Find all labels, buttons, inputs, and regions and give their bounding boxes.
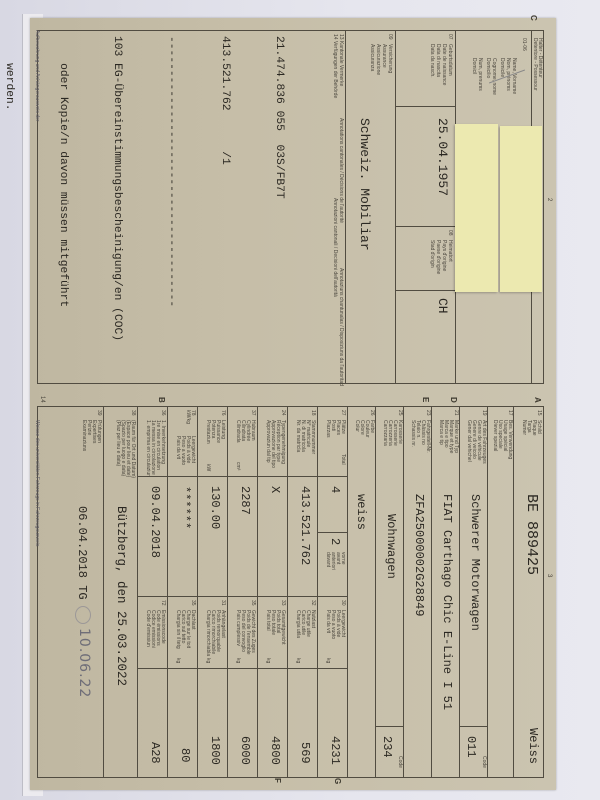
- sticky-note-2[interactable]: [455, 124, 498, 292]
- seats-front: 2: [328, 538, 342, 545]
- matriculation-value: 413.521.762: [298, 486, 312, 565]
- divider: [137, 406, 138, 777]
- holder-label-num: Num, prenums: [477, 58, 483, 91]
- left-page: C Halter - Détenteur Detentore - Possess…: [30, 18, 556, 393]
- empty-weight-code: 30: [340, 600, 346, 606]
- seats-total-label: Total: [340, 454, 346, 465]
- section-letter-f: F: [273, 778, 282, 783]
- divider: [459, 406, 460, 777]
- divider: [396, 226, 456, 227]
- body-code-value: 234: [380, 736, 394, 758]
- right-page: 3 A 15 Schild Plaque Targa Numer BE 8894…: [30, 406, 556, 790]
- inspection-value: 06.04.2018 TG: [75, 506, 89, 600]
- holder-label-domicile: Domicile: [499, 58, 505, 77]
- divider: [396, 290, 456, 291]
- payload-unit: kg: [295, 658, 301, 663]
- vehicle-type-code-label: Code: [481, 756, 487, 768]
- annotation-separator: ----------------------------------------: [162, 36, 180, 341]
- first-registration-code: 36: [160, 410, 166, 416]
- origin-code: 08: [447, 230, 453, 236]
- body-code: 25: [397, 410, 403, 416]
- annotation-line: 103 EG-Übereinstimmungsbescheinigung/en …: [108, 36, 126, 341]
- first-registration-date: 09.04.2018: [148, 486, 162, 558]
- insurance-label: Versicherung: [387, 44, 393, 73]
- make-model-label-rm: Marca e tip: [438, 420, 444, 445]
- make-model-code: 21: [453, 410, 459, 416]
- divider: [376, 726, 404, 727]
- divider: [167, 406, 168, 777]
- total-weight-label-rm: Pais total: [265, 610, 271, 631]
- train-weight-value: 6000: [238, 736, 252, 765]
- payload-label-rm: Chargia utila: [295, 610, 301, 638]
- handwritten-date: 10.06.22: [76, 628, 92, 698]
- emission-code-label-code: 72: [160, 600, 166, 606]
- origin-label: Heimatort: [447, 240, 453, 262]
- divider: [395, 30, 396, 383]
- page-mark-left: 2: [546, 198, 552, 201]
- section-letter-b: B: [157, 397, 166, 403]
- chassis-number: ZFA25000002G28849: [412, 494, 426, 616]
- special-use-label-rm: Diever spezial: [492, 420, 498, 451]
- power-code: 76: [220, 410, 226, 416]
- displacement-unit: cm³: [235, 462, 241, 470]
- plate-color: Weiss: [526, 728, 540, 764]
- towing-load-unit: kg: [205, 658, 211, 663]
- holder-label-name: Name, Vorname: [511, 58, 517, 94]
- vehicle-registration-document: C Halter - Détenteur Detentore - Possess…: [30, 18, 556, 790]
- roof-load-unit: kg: [175, 658, 181, 663]
- insurance-label-it: Assicurazione: [375, 44, 381, 75]
- holder-header-2: Detentore - Possessour: [532, 38, 538, 91]
- power-weight-label-rm: Pais da vit: [175, 436, 181, 459]
- roof-load-label-rm: Chargia sin il tetg: [175, 610, 181, 649]
- divider: [513, 406, 514, 777]
- power-label-rm: Prestaziun: [205, 420, 211, 444]
- train-weight-code: 35: [250, 600, 256, 606]
- page-mark-right: 3: [546, 574, 552, 577]
- divider: [396, 106, 456, 107]
- divider: [257, 406, 258, 777]
- train-weight-unit: kg: [235, 658, 241, 663]
- holder-label-cognome: Cognome, nome: [491, 58, 497, 95]
- empty-weight-value: 4231: [328, 736, 342, 765]
- birth-label-it: Data di nascita: [435, 44, 441, 77]
- annotations-list: 21.474.836 055 03S/FB7T 413.521.762 /1 -…: [0, 36, 324, 341]
- empty-weight-unit: kg: [325, 658, 331, 663]
- total-weight-value: 4800: [268, 736, 282, 765]
- plate-number: BE 889425: [523, 494, 540, 575]
- seats-code: 27: [340, 410, 346, 416]
- train-weight-label-rm: Pais cumplessiv: [235, 610, 241, 646]
- chassis-code: 23: [425, 410, 431, 416]
- margin-text-right-page: Weisse des universitäten Fahrzeugs in Fa…: [34, 420, 40, 546]
- make-model-value: FIAT Carthago Chic E-Line I 51: [440, 494, 454, 710]
- color-label-rm: Colur: [354, 420, 360, 432]
- holder-label-domicilio: Domicilio: [485, 58, 491, 78]
- color-code: 26: [369, 410, 375, 416]
- body-value: Wohnwagen: [384, 514, 398, 579]
- type-approval-label-rm: Approvaziun dal tip: [265, 420, 271, 463]
- power-value: 130.00: [208, 486, 222, 529]
- power-unit: kW: [205, 464, 211, 471]
- divider: [318, 532, 348, 533]
- first-registration-label-rm: 1. emprima en circulaziun: [145, 420, 151, 477]
- total-weight-unit: kg: [265, 658, 271, 663]
- inspection-stamp-icon: [75, 606, 91, 624]
- annotation-line: oder Kopie/n davon müssen mitgeführt: [54, 36, 72, 341]
- body-code-label: Code: [397, 756, 403, 768]
- displacement-value: 2287: [238, 486, 252, 515]
- birth-code: 07: [447, 34, 453, 40]
- emission-code-label-rm: Code d'emissiun: [145, 610, 151, 647]
- divider: [103, 406, 104, 777]
- power-weight-value: ******: [178, 486, 192, 529]
- emission-code-value: A28: [148, 742, 162, 764]
- seats-total: 4: [328, 486, 342, 493]
- birth-date: 25.04.1957: [435, 118, 450, 196]
- divider: [197, 406, 198, 777]
- page-number-14: 14: [39, 396, 45, 403]
- power-weight-unit: kW/kg: [185, 410, 191, 424]
- birth-label-fr: Date de naissance: [441, 44, 447, 85]
- insurance-label-fr: Assurance: [381, 44, 387, 68]
- annotations-header-it: Annotazioni cantonali / Decisioni dell'a…: [332, 198, 338, 297]
- birth-label-rm: Data da nasch.: [429, 44, 435, 78]
- type-approval-value: X: [268, 486, 282, 493]
- divider: [317, 406, 318, 777]
- inspection-label-rm: Examinaziuns: [81, 420, 87, 451]
- roof-load-value: 80: [178, 748, 192, 762]
- origin-label-it: Paese d'origine: [435, 240, 441, 274]
- annotation-line: 21.474.836 055 03S/FB7T: [270, 36, 288, 341]
- annotation-line: werden.: [0, 36, 18, 341]
- inspection-code: 39: [96, 410, 102, 416]
- divider: [431, 406, 432, 777]
- vehicle-type-label-rm: Gener dal vehichel: [466, 420, 472, 462]
- body-label-rm: Carrozzaria: [382, 420, 388, 446]
- divider: [375, 406, 376, 777]
- vehicle-type-value: Schwerer Motorwagen: [468, 494, 482, 631]
- section-letter-d: D: [449, 397, 458, 403]
- divider: [287, 406, 288, 777]
- birth-label: Geburtsdatum: [447, 44, 453, 76]
- insurance-label-rm: Assicuranza: [369, 44, 375, 71]
- chassis-label-rm: Schassis nr.: [410, 420, 416, 447]
- place-date-value: Bützberg, den 25.03.2022: [114, 506, 128, 686]
- insurance-code: 09: [387, 34, 393, 40]
- divider: [227, 406, 228, 777]
- displacement-code: 37: [250, 410, 256, 416]
- type-approval-code: 24: [280, 410, 286, 416]
- plate-label-rm: Numer: [521, 420, 527, 435]
- annotations-header: 13 Kantonale Vermerke: [338, 34, 344, 86]
- vehicle-type-code: 19: [481, 410, 487, 416]
- section-letter-g: G: [333, 778, 342, 784]
- section-letter-a: A: [533, 397, 542, 403]
- matriculation-label-rm: Nr. da matricla: [295, 420, 301, 452]
- seats-label-rm: Plazzas: [325, 420, 331, 438]
- payload-code: 32: [310, 600, 316, 606]
- divider: [487, 406, 488, 777]
- color-value: weiss: [354, 494, 368, 530]
- margin-text-left-page: Aufbewahrung und Anhängerausweis der: [34, 30, 40, 121]
- annotation-line: 413.521.762 /1: [216, 36, 234, 341]
- towing-load-value: 1800: [208, 736, 222, 765]
- seats-front-label-rm: davant: [325, 552, 331, 567]
- plate-code: 15: [536, 410, 542, 416]
- annotations-header-2: 14 Verfügungen der Behörde: [332, 34, 338, 98]
- payload-value: 569: [298, 742, 312, 764]
- towing-load-code: 31: [220, 600, 226, 606]
- matriculation-code: 18: [310, 410, 316, 416]
- origin-label-rm: Stad d'origin: [429, 240, 435, 268]
- divider: [347, 406, 348, 777]
- holder-label-domicil: Domicil: [471, 58, 477, 74]
- field-code-01-06: 01-06: [521, 38, 527, 51]
- empty-weight-label-rm: Pais da vit: [325, 610, 331, 633]
- divider: [345, 30, 346, 383]
- roof-load-code: 35: [190, 600, 196, 606]
- total-weight-code: 33: [280, 600, 286, 606]
- origin-value: CH: [435, 298, 450, 314]
- place-date-label-rm: (Plaz per lieu e data): [115, 420, 121, 466]
- annotations-header-fr: Annotations cantonales / Décisions de l'…: [338, 118, 344, 223]
- vehicle-type-code-value: 011: [464, 736, 478, 758]
- section-letter-c: C: [529, 15, 538, 21]
- annotations-header-rm: Annotaziuns chantunalas / Disposiziuns d…: [338, 268, 344, 386]
- divider: [403, 406, 404, 777]
- section-letter-e: E: [421, 397, 430, 402]
- place-date-code: 38: [130, 410, 136, 416]
- divider: [460, 726, 488, 727]
- insurance-value: Schweiz. Mobiliar: [357, 118, 372, 251]
- special-use-code: 17: [507, 410, 513, 416]
- towing-load-label-rm: Chargia rimorchiabla: [205, 610, 211, 656]
- origin-label-fr: Pays d'origine: [441, 240, 447, 271]
- sticky-note-1[interactable]: [500, 126, 542, 292]
- displacement-label-rm: Cilindrada: [235, 420, 241, 443]
